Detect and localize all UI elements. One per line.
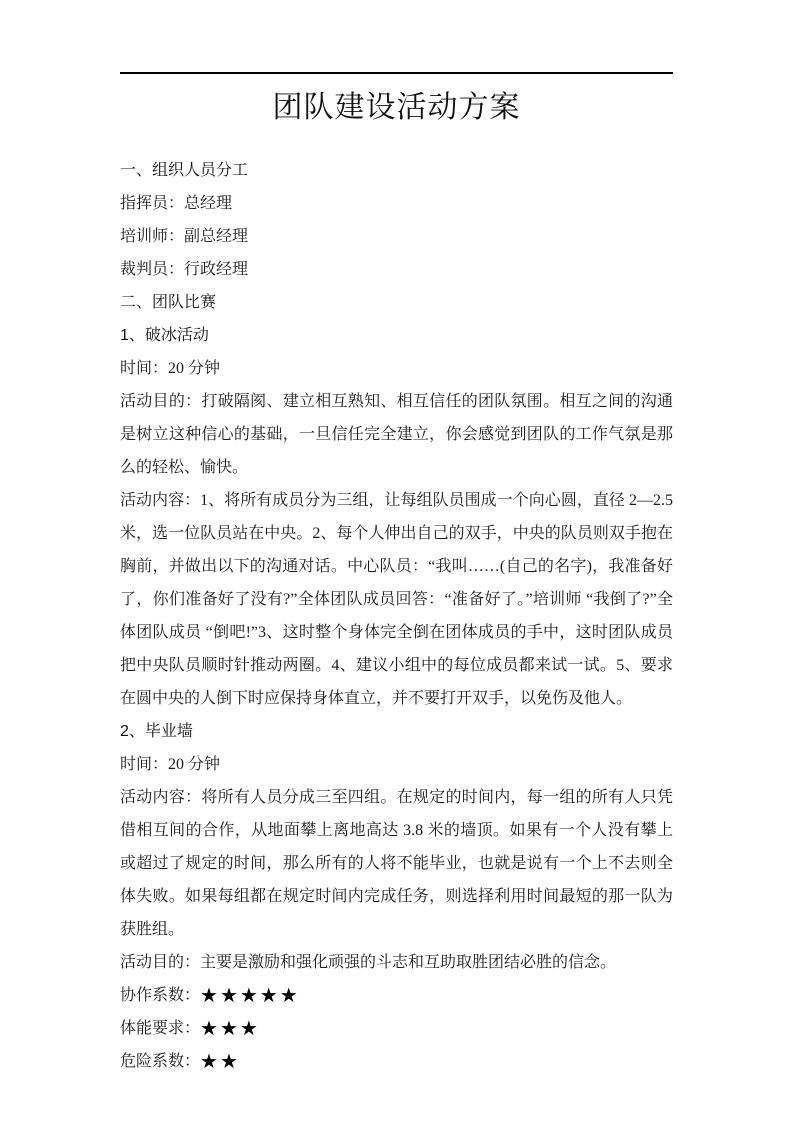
- rating-danger: 危险系数：★★: [120, 1045, 673, 1078]
- rating-physical-stars: ★★★: [200, 1016, 260, 1040]
- rating-cooperation: 协作系数：★★★★★: [120, 979, 673, 1012]
- role-line-trainer: 培训师：副总经理: [120, 220, 673, 253]
- rating-physical-label: 体能要求：: [120, 1020, 200, 1037]
- activity2-heading: 2、毕业墙: [120, 715, 673, 748]
- rating-cooperation-stars: ★★★★★: [200, 983, 300, 1007]
- header-rule: [120, 72, 673, 74]
- role-line-referee: 裁判员：行政经理: [120, 253, 673, 286]
- rating-cooperation-label: 协作系数：: [120, 987, 200, 1004]
- activity2-time: 时间：20 分钟: [120, 748, 673, 781]
- section-heading-team-competition: 二、团队比赛: [120, 286, 673, 319]
- document-body: 一、组织人员分工 指挥员：总经理 培训师：副总经理 裁判员：行政经理 二、团队比…: [120, 154, 673, 1078]
- activity1-heading: 1、破冰活动: [120, 319, 673, 352]
- activity2-purpose: 活动目的：主要是激励和强化顽强的斗志和互助取胜团结必胜的信念。: [120, 946, 673, 979]
- rating-danger-label: 危险系数：: [120, 1053, 200, 1070]
- activity1-time: 时间：20 分钟: [120, 352, 673, 385]
- rating-danger-stars: ★★: [200, 1049, 240, 1073]
- activity2-content: 活动内容：将所有人员分成三至四组。在规定的时间内，每一组的所有人只凭借相互间的合…: [120, 781, 673, 946]
- section-heading-organization: 一、组织人员分工: [120, 154, 673, 187]
- role-line-commander: 指挥员：总经理: [120, 187, 673, 220]
- activity1-content: 活动内容：1、将所有成员分为三组，让每组队员围成一个向心圆，直径 2—2.5 米…: [120, 484, 673, 715]
- document-page: 团队建设活动方案 一、组织人员分工 指挥员：总经理 培训师：副总经理 裁判员：行…: [0, 0, 793, 1122]
- rating-physical: 体能要求：★★★: [120, 1012, 673, 1045]
- activity1-purpose: 活动目的：打破隔阂、建立相互熟知、相互信任的团队氛围。相互之间的沟通是树立这种信…: [120, 385, 673, 484]
- document-title: 团队建设活动方案: [120, 86, 673, 130]
